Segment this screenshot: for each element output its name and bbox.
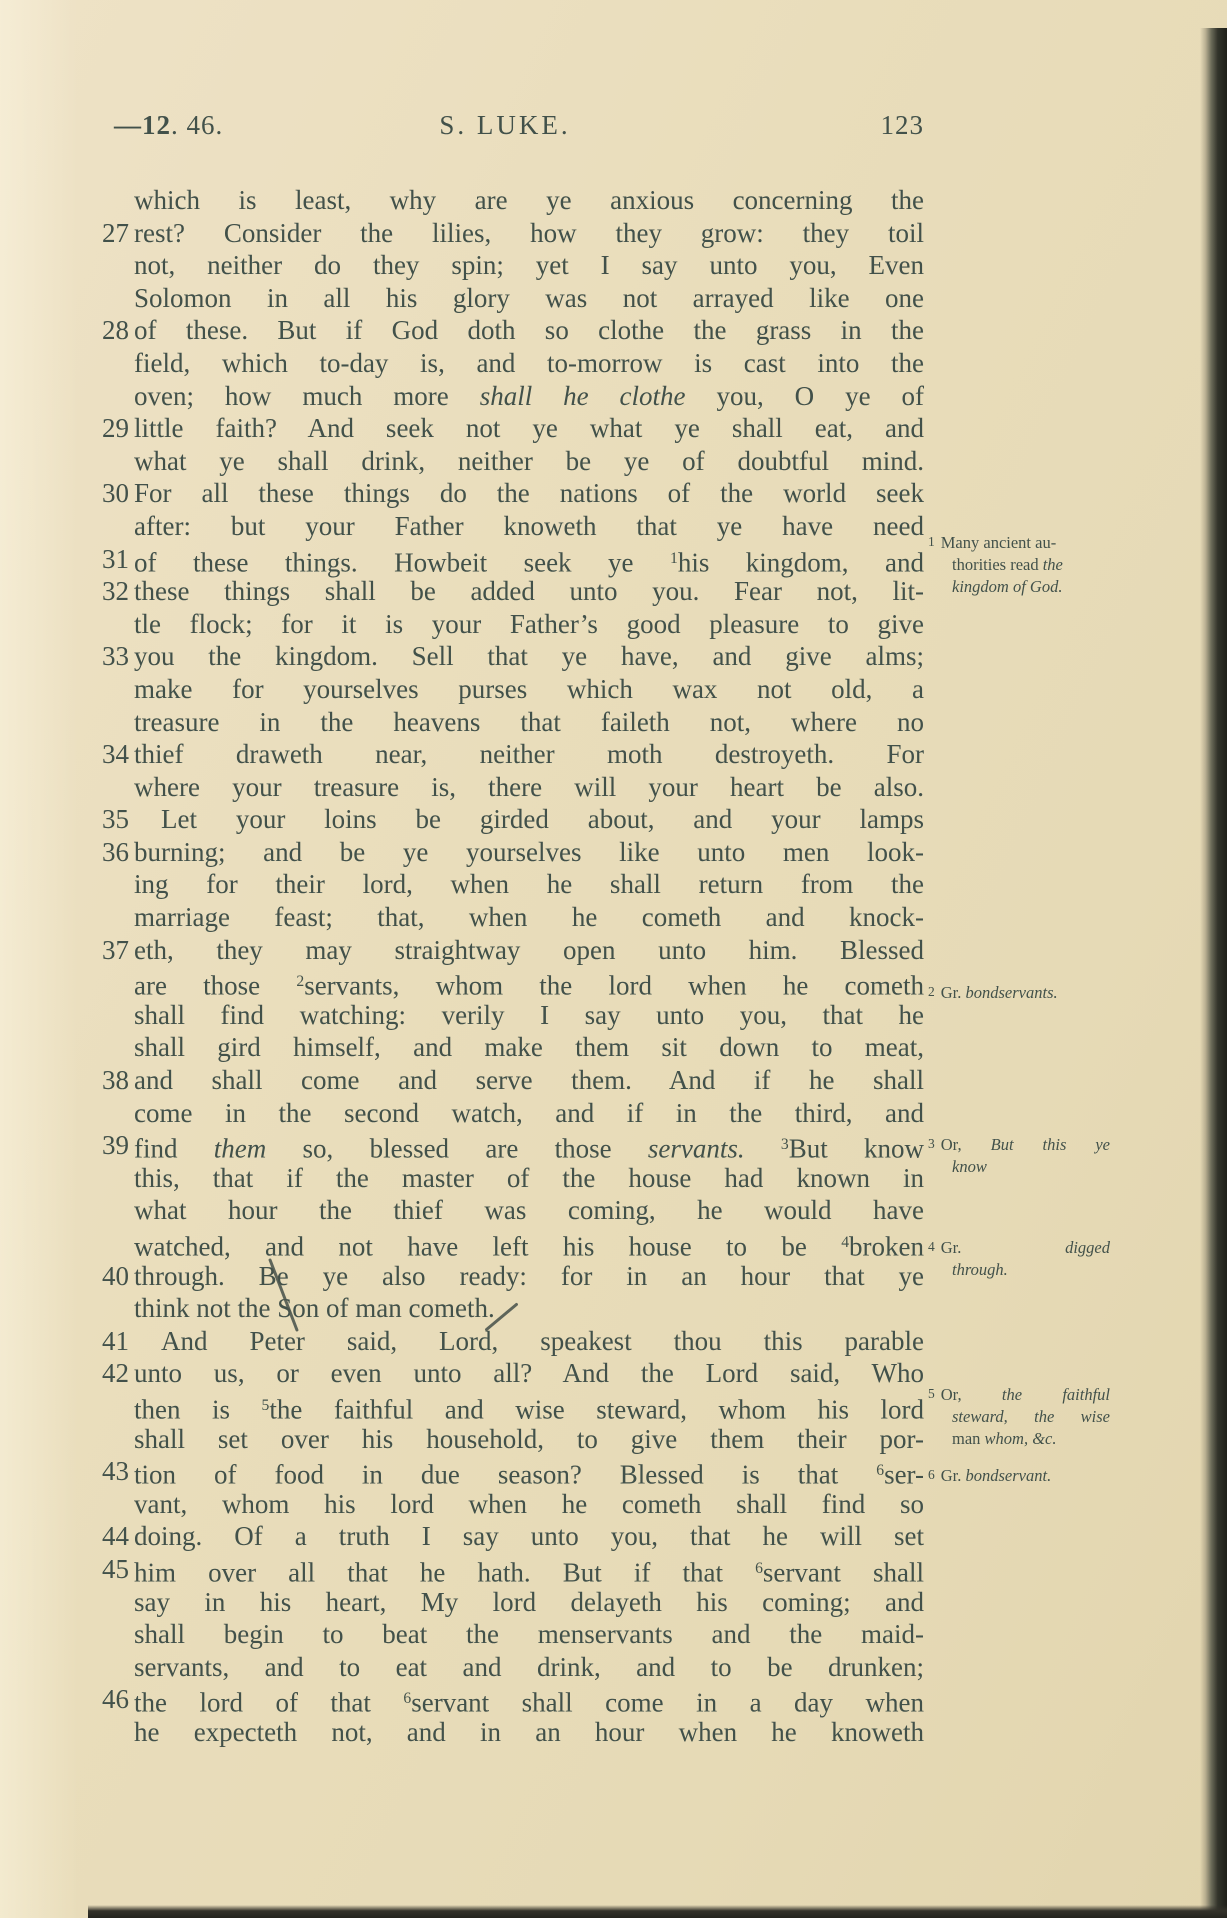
verse-number xyxy=(72,999,134,1032)
verse-number xyxy=(72,706,134,739)
text-segment: servant shall xyxy=(763,1558,924,1588)
text-line: 27rest? Consider the lilies, how they gr… xyxy=(72,217,924,250)
verse-number xyxy=(72,1194,134,1227)
verse-number: 30 xyxy=(72,477,134,510)
text-line: 38and shall come and serve them. And if … xyxy=(72,1064,924,1097)
text-line: which is least, why are ye anxious conce… xyxy=(72,184,924,217)
text-segment: thorities read xyxy=(952,555,1043,574)
text-segment: what hour the thief was coming, he would… xyxy=(134,1195,924,1225)
text-segment: Let your loins be girded about, and your… xyxy=(134,804,924,834)
line-text: unto us, or even unto all? And the Lord … xyxy=(134,1357,924,1390)
verse-number: 36 xyxy=(72,836,134,869)
margin-note-number: 2 xyxy=(928,984,935,999)
text-line: he expecteth not, and in an hour when he… xyxy=(72,1716,924,1749)
text-segment: you, O ye of xyxy=(686,381,924,411)
text-segment: shall find watching: verily I say unto y… xyxy=(134,1000,924,1030)
line-text: what hour the thief was coming, he would… xyxy=(134,1194,924,1227)
text-segment: shall gird himself, and make them sit do… xyxy=(134,1032,924,1062)
text-segment: say in his heart, My lord delayeth his c… xyxy=(134,1587,924,1617)
margin-note: 4Gr. diggedthrough. xyxy=(928,1236,1110,1281)
text-segment: Many ancient au- xyxy=(941,533,1056,552)
line-text: marriage feast; that, when he cometh and… xyxy=(134,901,924,934)
verse-number xyxy=(72,282,134,315)
verse-number: 32 xyxy=(72,575,134,608)
text-line: servants, and to eat and drink, and to b… xyxy=(72,1651,924,1684)
margin-note-line: 5Or, the faithful xyxy=(928,1383,1110,1406)
margin-note-line: 2Gr. bondservants. xyxy=(928,981,1110,1004)
text-segment: what ye shall drink, neither be ye of do… xyxy=(134,446,924,476)
line-text: think not the Son of man cometh. xyxy=(134,1292,924,1325)
verse-number: 46 xyxy=(72,1683,134,1716)
verse-number xyxy=(72,445,134,478)
line-text: tion of food in due season? Blessed is t… xyxy=(134,1455,924,1488)
text-segment: think not the Son of man cometh. xyxy=(134,1293,495,1323)
text-line: not, neither do they spin; yet I say unt… xyxy=(72,249,924,282)
text-segment: whom, &c. xyxy=(985,1429,1057,1448)
line-text: these things shall be added unto you. Fe… xyxy=(134,575,924,608)
text-segment: servants, and to eat and drink, and to b… xyxy=(134,1652,924,1682)
text-line: come in the second watch, and if in the … xyxy=(72,1097,924,1130)
verse-number: 42 xyxy=(72,1357,134,1390)
text-line: 35 Let your loins be girded about, and y… xyxy=(72,803,924,836)
margin-note-number: 6 xyxy=(928,1467,935,1482)
verse-number: 28 xyxy=(72,314,134,347)
text-line: then is 5the faithful and wise steward, … xyxy=(72,1390,924,1423)
text-segment: tion of food in due season? Blessed is t… xyxy=(134,1460,876,1490)
text-segment: are those xyxy=(134,971,296,1001)
verse-number xyxy=(72,1586,134,1619)
text-line: what ye shall drink, neither be ye of do… xyxy=(72,445,924,478)
text-line: 31of these things. Howbeit seek ye 1his … xyxy=(72,543,924,576)
verse-number: 31 xyxy=(72,543,134,576)
text-segment: so, blessed are those xyxy=(266,1134,648,1164)
verse-number: 27 xyxy=(72,217,134,250)
text-segment: Gr. xyxy=(941,1466,966,1485)
verse-number xyxy=(72,380,134,413)
note-reference-superscript: 1 xyxy=(670,550,678,567)
line-text: little faith? And seek not ye what ye sh… xyxy=(134,412,924,445)
text-segment: the faithful and wise steward, whom his … xyxy=(269,1395,924,1425)
text-segment: rest? Consider the lilies, how they grow… xyxy=(134,218,924,248)
text-segment: burning; and be ye yourselves like unto … xyxy=(134,837,924,867)
text-line: 34thief draweth near, neither moth destr… xyxy=(72,738,924,771)
text-segment: unto us, or even unto all? And the Lord … xyxy=(134,1358,924,1388)
line-text: rest? Consider the lilies, how they grow… xyxy=(134,217,924,250)
verse-number xyxy=(72,1390,134,1423)
verse-number: 43 xyxy=(72,1455,134,1488)
page-header: —12. 46. S. LUKE. 123 xyxy=(86,110,924,146)
text-segment: know xyxy=(952,1157,987,1176)
text-segment: him over all that he hath. But if that xyxy=(134,1558,755,1588)
verse-number: 35 xyxy=(72,803,134,836)
verse-number: 44 xyxy=(72,1520,134,1553)
text-segment: his kingdom, and xyxy=(678,547,924,577)
text-segment: digged xyxy=(1065,1238,1110,1257)
line-text: find them so, blessed are those servants… xyxy=(134,1129,924,1162)
text-segment: after: but your Father knoweth that ye h… xyxy=(134,511,924,541)
text-segment: the lord of that xyxy=(134,1688,403,1718)
line-text: vant, whom his lord when he cometh shall… xyxy=(134,1488,924,1521)
line-text: field, which to-day is, and to-morrow is… xyxy=(134,347,924,380)
verse-number: 29 xyxy=(72,412,134,445)
line-text: And Peter said, Lord, speakest thou this… xyxy=(134,1325,924,1358)
line-text: shall begin to beat the menservants and … xyxy=(134,1618,924,1651)
line-text: shall set over his household, to give th… xyxy=(134,1423,924,1456)
text-segment: But know xyxy=(789,1134,924,1164)
line-text: doing. Of a truth I say unto you, that h… xyxy=(134,1520,924,1553)
text-segment: oven; how much more xyxy=(134,381,480,411)
verse-number: 45 xyxy=(72,1553,134,1586)
text-segment: little faith? And seek not ye what ye sh… xyxy=(134,413,924,443)
text-line: where your treasure is, there will your … xyxy=(72,771,924,804)
line-text: and shall come and serve them. And if he… xyxy=(134,1064,924,1097)
text-segment: he expecteth not, and in an hour when he… xyxy=(134,1717,924,1747)
line-text: servants, and to eat and drink, and to b… xyxy=(134,1651,924,1684)
text-line: treasure in the heavens that faileth not… xyxy=(72,706,924,739)
text-line: tle flock; for it is your Father’s good … xyxy=(72,608,924,641)
text-segment: Or, xyxy=(941,1135,991,1154)
text-segment: treasure in the heavens that faileth not… xyxy=(134,707,924,737)
left-page-light xyxy=(0,0,78,1918)
text-segment: come in the second watch, and if in the … xyxy=(134,1098,924,1128)
line-text: through. Be ye also ready: for in an hou… xyxy=(134,1260,924,1293)
line-text: thief draweth near, neither moth destroy… xyxy=(134,738,924,771)
text-line: shall gird himself, and make them sit do… xyxy=(72,1031,924,1064)
verse-number xyxy=(72,673,134,706)
note-reference-superscript: 3 xyxy=(781,1136,789,1153)
text-segment: servants, whom the lord when he cometh xyxy=(304,971,924,1001)
verse-number: 37 xyxy=(72,934,134,967)
line-text: of these. But if God doth so clothe the … xyxy=(134,314,924,347)
line-text: the lord of that 6servant shall come in … xyxy=(134,1683,924,1716)
text-line: oven; how much more shall he clothe you,… xyxy=(72,380,924,413)
verse-number: 38 xyxy=(72,1064,134,1097)
verse-number xyxy=(72,1162,134,1195)
line-text: this, that if the master of the house ha… xyxy=(134,1162,924,1195)
text-segment: this, that if the master of the house ha… xyxy=(134,1163,924,1193)
line-text: shall gird himself, and make them sit do… xyxy=(134,1031,924,1064)
text-segment xyxy=(745,1134,781,1164)
line-text: Let your loins be girded about, and your… xyxy=(134,803,924,836)
margin-note-line: 1Many ancient au- xyxy=(928,531,1110,554)
text-segment: watched, and not have left his house to … xyxy=(134,1232,841,1262)
text-line: 33you the kingdom. Sell that ye have, an… xyxy=(72,640,924,673)
margin-note-line: thorities read the xyxy=(928,554,1110,576)
verse-number xyxy=(72,608,134,641)
note-reference-superscript: 6 xyxy=(876,1462,884,1479)
margin-note-line: through. xyxy=(928,1259,1110,1281)
line-text: come in the second watch, and if in the … xyxy=(134,1097,924,1130)
verse-number xyxy=(72,901,134,934)
text-segment: then is xyxy=(134,1395,262,1425)
text-segment: shall set over his household, to give th… xyxy=(134,1424,924,1454)
line-text: after: but your Father knoweth that ye h… xyxy=(134,510,924,543)
text-segment: For all these things do the nations of t… xyxy=(134,478,924,508)
text-line: say in his heart, My lord delayeth his c… xyxy=(72,1586,924,1619)
margin-note: 5Or, the faithfulsteward, the wiseman wh… xyxy=(928,1383,1110,1450)
text-segment: through. xyxy=(952,1260,1008,1279)
text-segment: find xyxy=(134,1134,214,1164)
text-line: what hour the thief was coming, he would… xyxy=(72,1194,924,1227)
margin-note-line: kingdom of God. xyxy=(928,576,1110,598)
line-text: make for yourselves purses which wax not… xyxy=(134,673,924,706)
note-reference-superscript: 6 xyxy=(755,1560,763,1577)
margin-note-line: 3Or, But this ye xyxy=(928,1133,1110,1156)
margin-note-number: 4 xyxy=(928,1239,935,1254)
text-segment: through. Be ye also ready: for in an hou… xyxy=(134,1261,924,1291)
text-segment: kingdom of God. xyxy=(952,577,1062,596)
text-segment: ser- xyxy=(884,1460,924,1490)
text-line: 45him over all that he hath. But if that… xyxy=(72,1553,924,1586)
verse-number xyxy=(72,966,134,999)
text-segment: tle flock; for it is your Father’s good … xyxy=(134,609,924,639)
text-segment: Gr. xyxy=(941,983,966,1002)
line-text: oven; how much more shall he clothe you,… xyxy=(134,380,924,413)
text-segment: Or, xyxy=(941,1385,1002,1404)
text-line: 41 And Peter said, Lord, speakest thou t… xyxy=(72,1325,924,1358)
line-text: watched, and not have left his house to … xyxy=(134,1227,924,1260)
margin-note-number: 5 xyxy=(928,1386,935,1401)
margin-note-line: know xyxy=(928,1156,1110,1178)
line-text: which is least, why are ye anxious conce… xyxy=(134,184,924,217)
text-segment: of these things. Howbeit seek ye xyxy=(134,547,670,577)
text-line: shall begin to beat the menservants and … xyxy=(72,1618,924,1651)
text-line: this, that if the master of the house ha… xyxy=(72,1162,924,1195)
verse-number xyxy=(72,868,134,901)
verse-number: 33 xyxy=(72,640,134,673)
header-page-number: 123 xyxy=(881,110,925,141)
verse-number: 34 xyxy=(72,738,134,771)
text-line: after: but your Father knoweth that ye h… xyxy=(72,510,924,543)
margin-note: 2Gr. bondservants. xyxy=(928,981,1110,1004)
text-segment: them xyxy=(214,1134,266,1164)
verse-number xyxy=(72,1716,134,1749)
line-text: shall find watching: verily I say unto y… xyxy=(134,999,924,1032)
margin-note: 1Many ancient au-thorities read thekingd… xyxy=(928,531,1110,598)
book-page-edge xyxy=(1200,28,1227,1918)
verse-number xyxy=(72,1423,134,1456)
line-text: tle flock; for it is your Father’s good … xyxy=(134,608,924,641)
verse-number xyxy=(72,1618,134,1651)
text-segment: And Peter said, Lord, speakest thou this… xyxy=(134,1326,924,1356)
text-line: make for yourselves purses which wax not… xyxy=(72,673,924,706)
text-line: watched, and not have left his house to … xyxy=(72,1227,924,1260)
text-segment: shall begin to beat the menservants and … xyxy=(134,1619,924,1649)
margin-note: 6Gr. bondservant. xyxy=(928,1464,1110,1487)
line-text: eth, they may straightway open unto him.… xyxy=(134,934,924,967)
verse-number xyxy=(72,1097,134,1130)
text-line: 28of these. But if God doth so clothe th… xyxy=(72,314,924,347)
text-segment: you the kingdom. Sell that ye have, and … xyxy=(134,641,924,671)
text-line: shall find watching: verily I say unto y… xyxy=(72,999,924,1032)
text-line: 42unto us, or even unto all? And the Lor… xyxy=(72,1357,924,1390)
text-segment: Gr. xyxy=(941,1238,1065,1257)
text-segment: steward, the wise xyxy=(952,1407,1110,1426)
margin-note-number: 1 xyxy=(928,534,935,549)
text-line: 36burning; and be ye yourselves like unt… xyxy=(72,836,924,869)
verse-number xyxy=(72,249,134,282)
text-line: ing for their lord, when he shall return… xyxy=(72,868,924,901)
line-text: where your treasure is, there will your … xyxy=(134,771,924,804)
text-segment: field, which to-day is, and to-morrow is… xyxy=(134,348,924,378)
text-segment: not, neither do they spin; yet I say unt… xyxy=(134,250,924,280)
text-line: 32these things shall be added unto you. … xyxy=(72,575,924,608)
text-line: 39find them so, blessed are those servan… xyxy=(72,1129,924,1162)
text-segment: ing for their lord, when he shall return… xyxy=(134,869,924,899)
text-segment: But this ye xyxy=(991,1135,1110,1154)
text-line: 43tion of food in due season? Blessed is… xyxy=(72,1455,924,1488)
text-line: Solomon in all his glory was not arrayed… xyxy=(72,282,924,315)
margin-note-number: 3 xyxy=(928,1136,935,1151)
text-segment: marriage feast; that, when he cometh and… xyxy=(134,902,924,932)
verse-number xyxy=(72,1488,134,1521)
line-text: him over all that he hath. But if that 6… xyxy=(134,1553,924,1586)
verse-number xyxy=(72,1651,134,1684)
verse-number xyxy=(72,1031,134,1064)
line-text: For all these things do the nations of t… xyxy=(134,477,924,510)
text-segment: these things shall be added unto you. Fe… xyxy=(134,576,924,606)
text-line: 29little faith? And seek not ye what ye … xyxy=(72,412,924,445)
book-bottom-edge xyxy=(88,1905,1227,1918)
text-segment: Solomon in all his glory was not arrayed… xyxy=(134,283,924,313)
margin-note-line: 6Gr. bondservant. xyxy=(928,1464,1110,1487)
margin-note-line: 4Gr. digged xyxy=(928,1236,1110,1259)
text-segment: and shall come and serve them. And if he… xyxy=(134,1065,924,1095)
text-segment: eth, they may straightway open unto him.… xyxy=(134,935,924,965)
text-line: 30For all these things do the nations of… xyxy=(72,477,924,510)
text-line: 37eth, they may straightway open unto hi… xyxy=(72,934,924,967)
text-line: 44doing. Of a truth I say unto you, that… xyxy=(72,1520,924,1553)
text-line: 40through. Be ye also ready: for in an h… xyxy=(72,1260,924,1293)
text-segment: of these. But if God doth so clothe the … xyxy=(134,315,924,345)
header-book-title: S. LUKE. xyxy=(86,110,924,141)
text-segment: servants. xyxy=(648,1134,745,1164)
text-segment: bondservants. xyxy=(966,983,1058,1002)
text-segment: thief draweth near, neither moth destroy… xyxy=(134,739,924,769)
line-text: you the kingdom. Sell that ye have, and … xyxy=(134,640,924,673)
line-text: Solomon in all his glory was not arrayed… xyxy=(134,282,924,315)
verse-number xyxy=(72,184,134,217)
line-text: say in his heart, My lord delayeth his c… xyxy=(134,1586,924,1619)
text-segment: bondservant. xyxy=(966,1466,1052,1485)
note-reference-superscript: 2 xyxy=(296,973,304,990)
verse-number xyxy=(72,347,134,380)
text-segment: make for yourselves purses which wax not… xyxy=(134,674,924,704)
verse-number: 41 xyxy=(72,1325,134,1358)
line-text: are those 2servants, whom the lord when … xyxy=(134,966,924,999)
text-line: vant, whom his lord when he cometh shall… xyxy=(72,1488,924,1521)
line-text: burning; and be ye yourselves like unto … xyxy=(134,836,924,869)
text-segment: servant shall come in a day when xyxy=(411,1688,924,1718)
line-text: he expecteth not, and in an hour when he… xyxy=(134,1716,924,1749)
text-segment: the xyxy=(1043,555,1063,574)
text-line: field, which to-day is, and to-morrow is… xyxy=(72,347,924,380)
verse-number: 40 xyxy=(72,1260,134,1293)
line-text: ing for their lord, when he shall return… xyxy=(134,868,924,901)
verse-number: 39 xyxy=(72,1129,134,1162)
verse-number xyxy=(72,1227,134,1260)
text-segment: vant, whom his lord when he cometh shall… xyxy=(134,1489,924,1519)
book-page: —12. 46. S. LUKE. 123 which is least, wh… xyxy=(0,0,1227,1918)
note-reference-superscript: 4 xyxy=(841,1234,849,1251)
line-text: of these things. Howbeit seek ye 1his ki… xyxy=(134,543,924,576)
line-text: then is 5the faithful and wise steward, … xyxy=(134,1390,924,1423)
text-line: marriage feast; that, when he cometh and… xyxy=(72,901,924,934)
text-segment: where your treasure is, there will your … xyxy=(134,772,924,802)
text-segment: doing. Of a truth I say unto you, that h… xyxy=(134,1521,924,1551)
text-line: are those 2servants, whom the lord when … xyxy=(72,966,924,999)
text-line: shall set over his household, to give th… xyxy=(72,1423,924,1456)
margin-note-line: man whom, &c. xyxy=(928,1428,1110,1450)
text-line: 46the lord of that 6servant shall come i… xyxy=(72,1683,924,1716)
text-segment: man xyxy=(952,1429,985,1448)
text-segment: which is least, why are ye anxious conce… xyxy=(134,185,924,215)
line-text: not, neither do they spin; yet I say unt… xyxy=(134,249,924,282)
body-text: which is least, why are ye anxious conce… xyxy=(72,184,924,1749)
line-text: treasure in the heavens that faileth not… xyxy=(134,706,924,739)
text-segment: shall he clothe xyxy=(480,381,686,411)
margin-note: 3Or, But this yeknow xyxy=(928,1133,1110,1178)
verse-number xyxy=(72,510,134,543)
text-segment: the faithful xyxy=(1002,1385,1110,1404)
text-segment: broken xyxy=(849,1232,924,1262)
margin-note-line: steward, the wise xyxy=(928,1406,1110,1428)
line-text: what ye shall drink, neither be ye of do… xyxy=(134,445,924,478)
verse-number xyxy=(72,771,134,804)
verse-number xyxy=(72,1292,134,1325)
